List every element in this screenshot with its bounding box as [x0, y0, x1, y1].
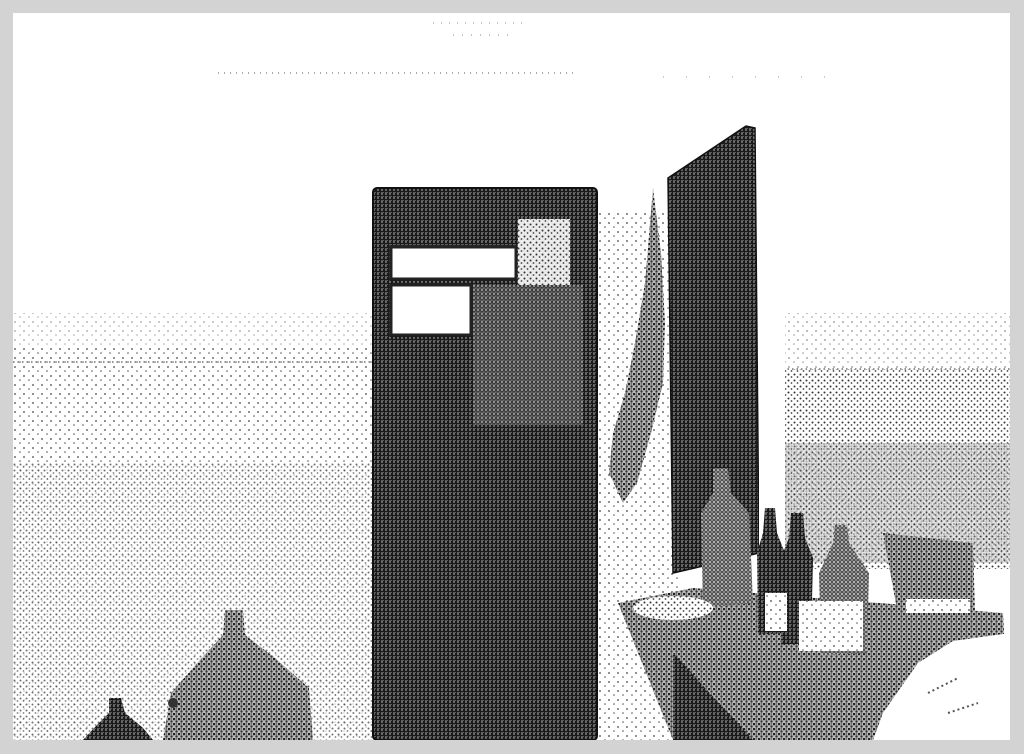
- sea-horizon-right: [783, 313, 1010, 569]
- light-gap: [759, 123, 785, 563]
- central-dark-panel: [373, 188, 597, 740]
- photo-frame: Dithered black-and-white photograph: tal…: [13, 13, 1010, 740]
- dithered-photo: [13, 13, 1010, 740]
